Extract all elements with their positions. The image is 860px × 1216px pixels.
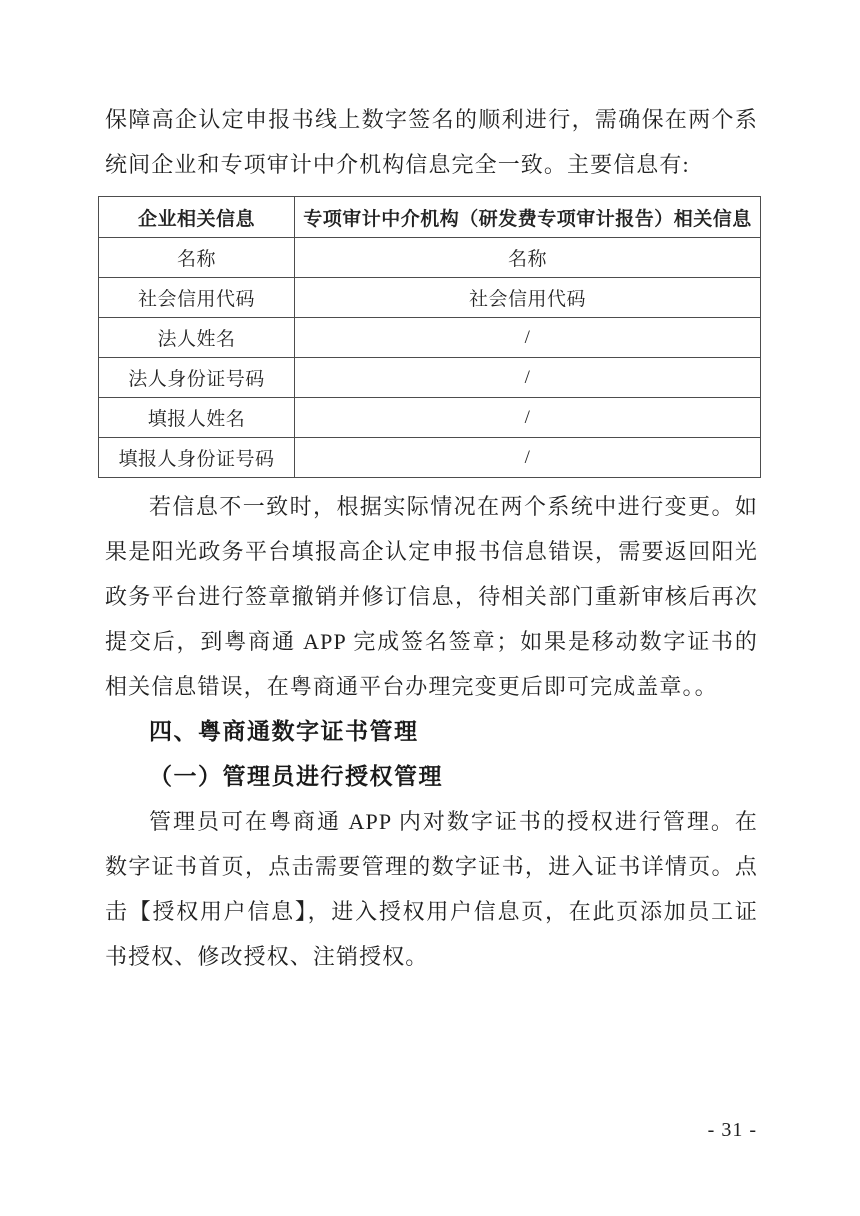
table-header-enterprise: 企业相关信息 (99, 197, 295, 238)
table-cell: / (295, 318, 761, 358)
table-row: 社会信用代码社会信用代码 (99, 278, 761, 318)
table-header-row: 企业相关信息 专项审计中介机构（研发费专项审计报告）相关信息 (99, 197, 761, 238)
table-row: 法人姓名/ (99, 318, 761, 358)
table-cell: 名称 (295, 238, 761, 278)
table-row: 填报人姓名/ (99, 398, 761, 438)
table-cell: 法人姓名 (99, 318, 295, 358)
table-cell: 社会信用代码 (295, 278, 761, 318)
subsection-heading-admin-authorization: （一）管理员进行授权管理 (105, 754, 758, 799)
table-cell: 填报人身份证号码 (99, 438, 295, 478)
paragraph-admin-authorization: 管理员可在粤商通 APP 内对数字证书的授权进行管理。在数字证书首页，点击需要管… (105, 799, 758, 979)
info-table-body: 名称名称社会信用代码社会信用代码法人姓名/法人身份证号码/填报人姓名/填报人身份… (99, 238, 761, 478)
table-cell: / (295, 438, 761, 478)
paragraph-intro: 保障高企认定申报书线上数字签名的顺利进行，需确保在两个系统间企业和专项审计中介机… (105, 97, 758, 187)
table-header-agency: 专项审计中介机构（研发费专项审计报告）相关信息 (295, 197, 761, 238)
table-row: 名称名称 (99, 238, 761, 278)
section-heading-cert-management: 四、粤商通数字证书管理 (105, 709, 758, 754)
table-row: 填报人身份证号码/ (99, 438, 761, 478)
document-page: 保障高企认定申报书线上数字签名的顺利进行，需确保在两个系统间企业和专项审计中介机… (0, 0, 860, 1216)
table-cell: / (295, 358, 761, 398)
table-cell: / (295, 398, 761, 438)
paragraph-mismatch-handling: 若信息不一致时，根据实际情况在两个系统中进行变更。如果是阳光政务平台填报高企认定… (105, 484, 758, 709)
info-comparison-table: 企业相关信息 专项审计中介机构（研发费专项审计报告）相关信息 名称名称社会信用代… (98, 196, 761, 478)
page-number: - 31 - (708, 1119, 757, 1142)
table-cell: 社会信用代码 (99, 278, 295, 318)
table-row: 法人身份证号码/ (99, 358, 761, 398)
document-content: 保障高企认定申报书线上数字签名的顺利进行，需确保在两个系统间企业和专项审计中介机… (105, 97, 758, 979)
table-cell: 法人身份证号码 (99, 358, 295, 398)
table-cell: 填报人姓名 (99, 398, 295, 438)
table-cell: 名称 (99, 238, 295, 278)
